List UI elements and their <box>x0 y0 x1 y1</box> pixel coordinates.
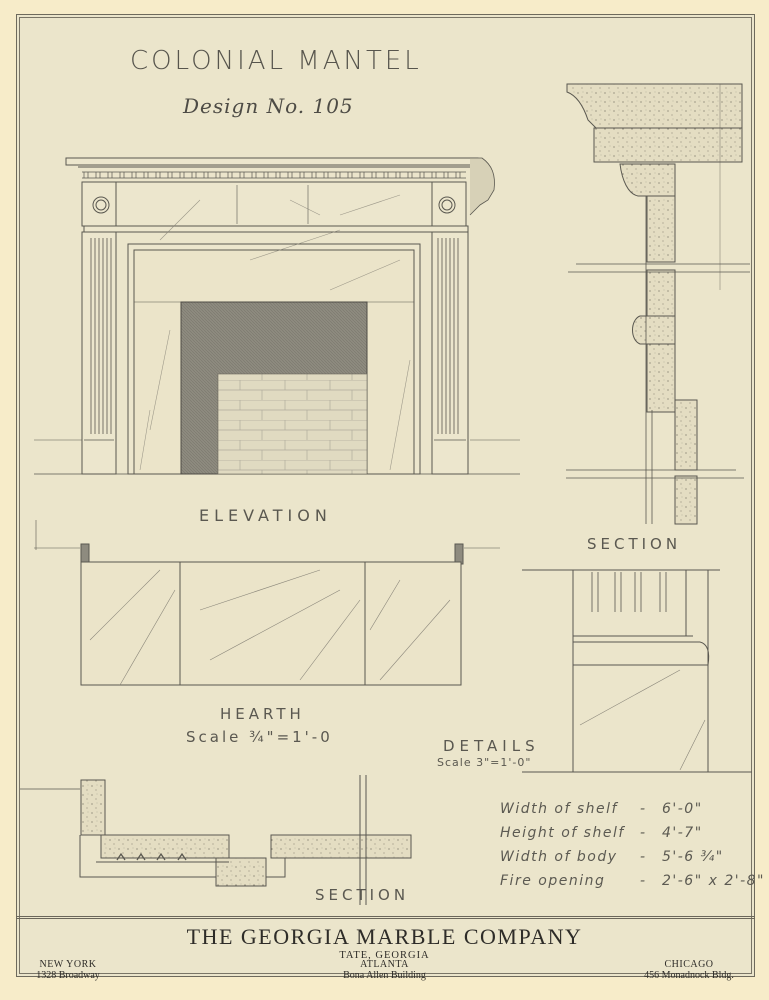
section-profile-label: SECTION <box>587 535 681 553</box>
spec-dash: - <box>640 825 662 841</box>
spec-dash: - <box>640 849 662 865</box>
office-city: NEW YORK <box>28 959 108 970</box>
spec-dash: - <box>640 801 662 817</box>
spec-row: Width of shelf - 6'-0" <box>500 797 765 821</box>
spec-label: Width of body <box>500 849 640 865</box>
spec-row: Width of body - 5'-6 ¾" <box>500 845 765 869</box>
design-number: Design No. 105 <box>183 94 354 118</box>
pilaster-detail <box>522 570 752 772</box>
spec-label: Fire opening <box>500 873 640 889</box>
mantel-section-profile <box>566 84 750 524</box>
hearth-label: HEARTH <box>220 705 305 723</box>
spec-value: 5'-6 ¾" <box>662 849 724 865</box>
office-new-york: NEW YORK 1328 Broadway <box>28 959 108 981</box>
spec-value: 4'-7" <box>662 825 703 841</box>
details-label: DETAILS <box>443 737 540 755</box>
office-city: CHICAGO <box>634 959 744 970</box>
company-name: THE GEORGIA MARBLE COMPANY <box>0 924 769 950</box>
spec-label: Height of shelf <box>500 825 640 841</box>
hearth-plan <box>34 520 500 685</box>
office-chicago: CHICAGO 456 Monadnock Bldg. <box>634 959 744 981</box>
spec-value: 2'-6" x 2'-8" <box>662 873 765 889</box>
office-atlanta: ATLANTA Bona Allen Building <box>327 959 442 981</box>
office-address: 456 Monadnock Bldg. <box>634 970 744 981</box>
spec-label: Width of shelf <box>500 801 640 817</box>
hearth-scale-label: Scale ¾"=1'-0 <box>186 728 333 746</box>
spec-value: 6'-0" <box>662 801 703 817</box>
office-city: ATLANTA <box>327 959 442 970</box>
spec-row: Height of shelf - 4'-7" <box>500 821 765 845</box>
spec-row: Fire opening - 2'-6" x 2'-8" <box>500 869 765 893</box>
elevation-label: ELEVATION <box>199 506 332 525</box>
specifications-list: Width of shelf - 6'-0" Height of shelf -… <box>500 797 765 893</box>
office-address: 1328 Broadway <box>28 970 108 981</box>
drawing-title: COLONIAL MANTEL <box>130 46 422 76</box>
office-address: Bona Allen Building <box>327 970 442 981</box>
section-plan-label: SECTION <box>315 886 409 904</box>
mantel-elevation <box>34 158 520 474</box>
details-scale-label: Scale 3"=1'-0" <box>437 756 531 769</box>
spec-dash: - <box>640 873 662 889</box>
